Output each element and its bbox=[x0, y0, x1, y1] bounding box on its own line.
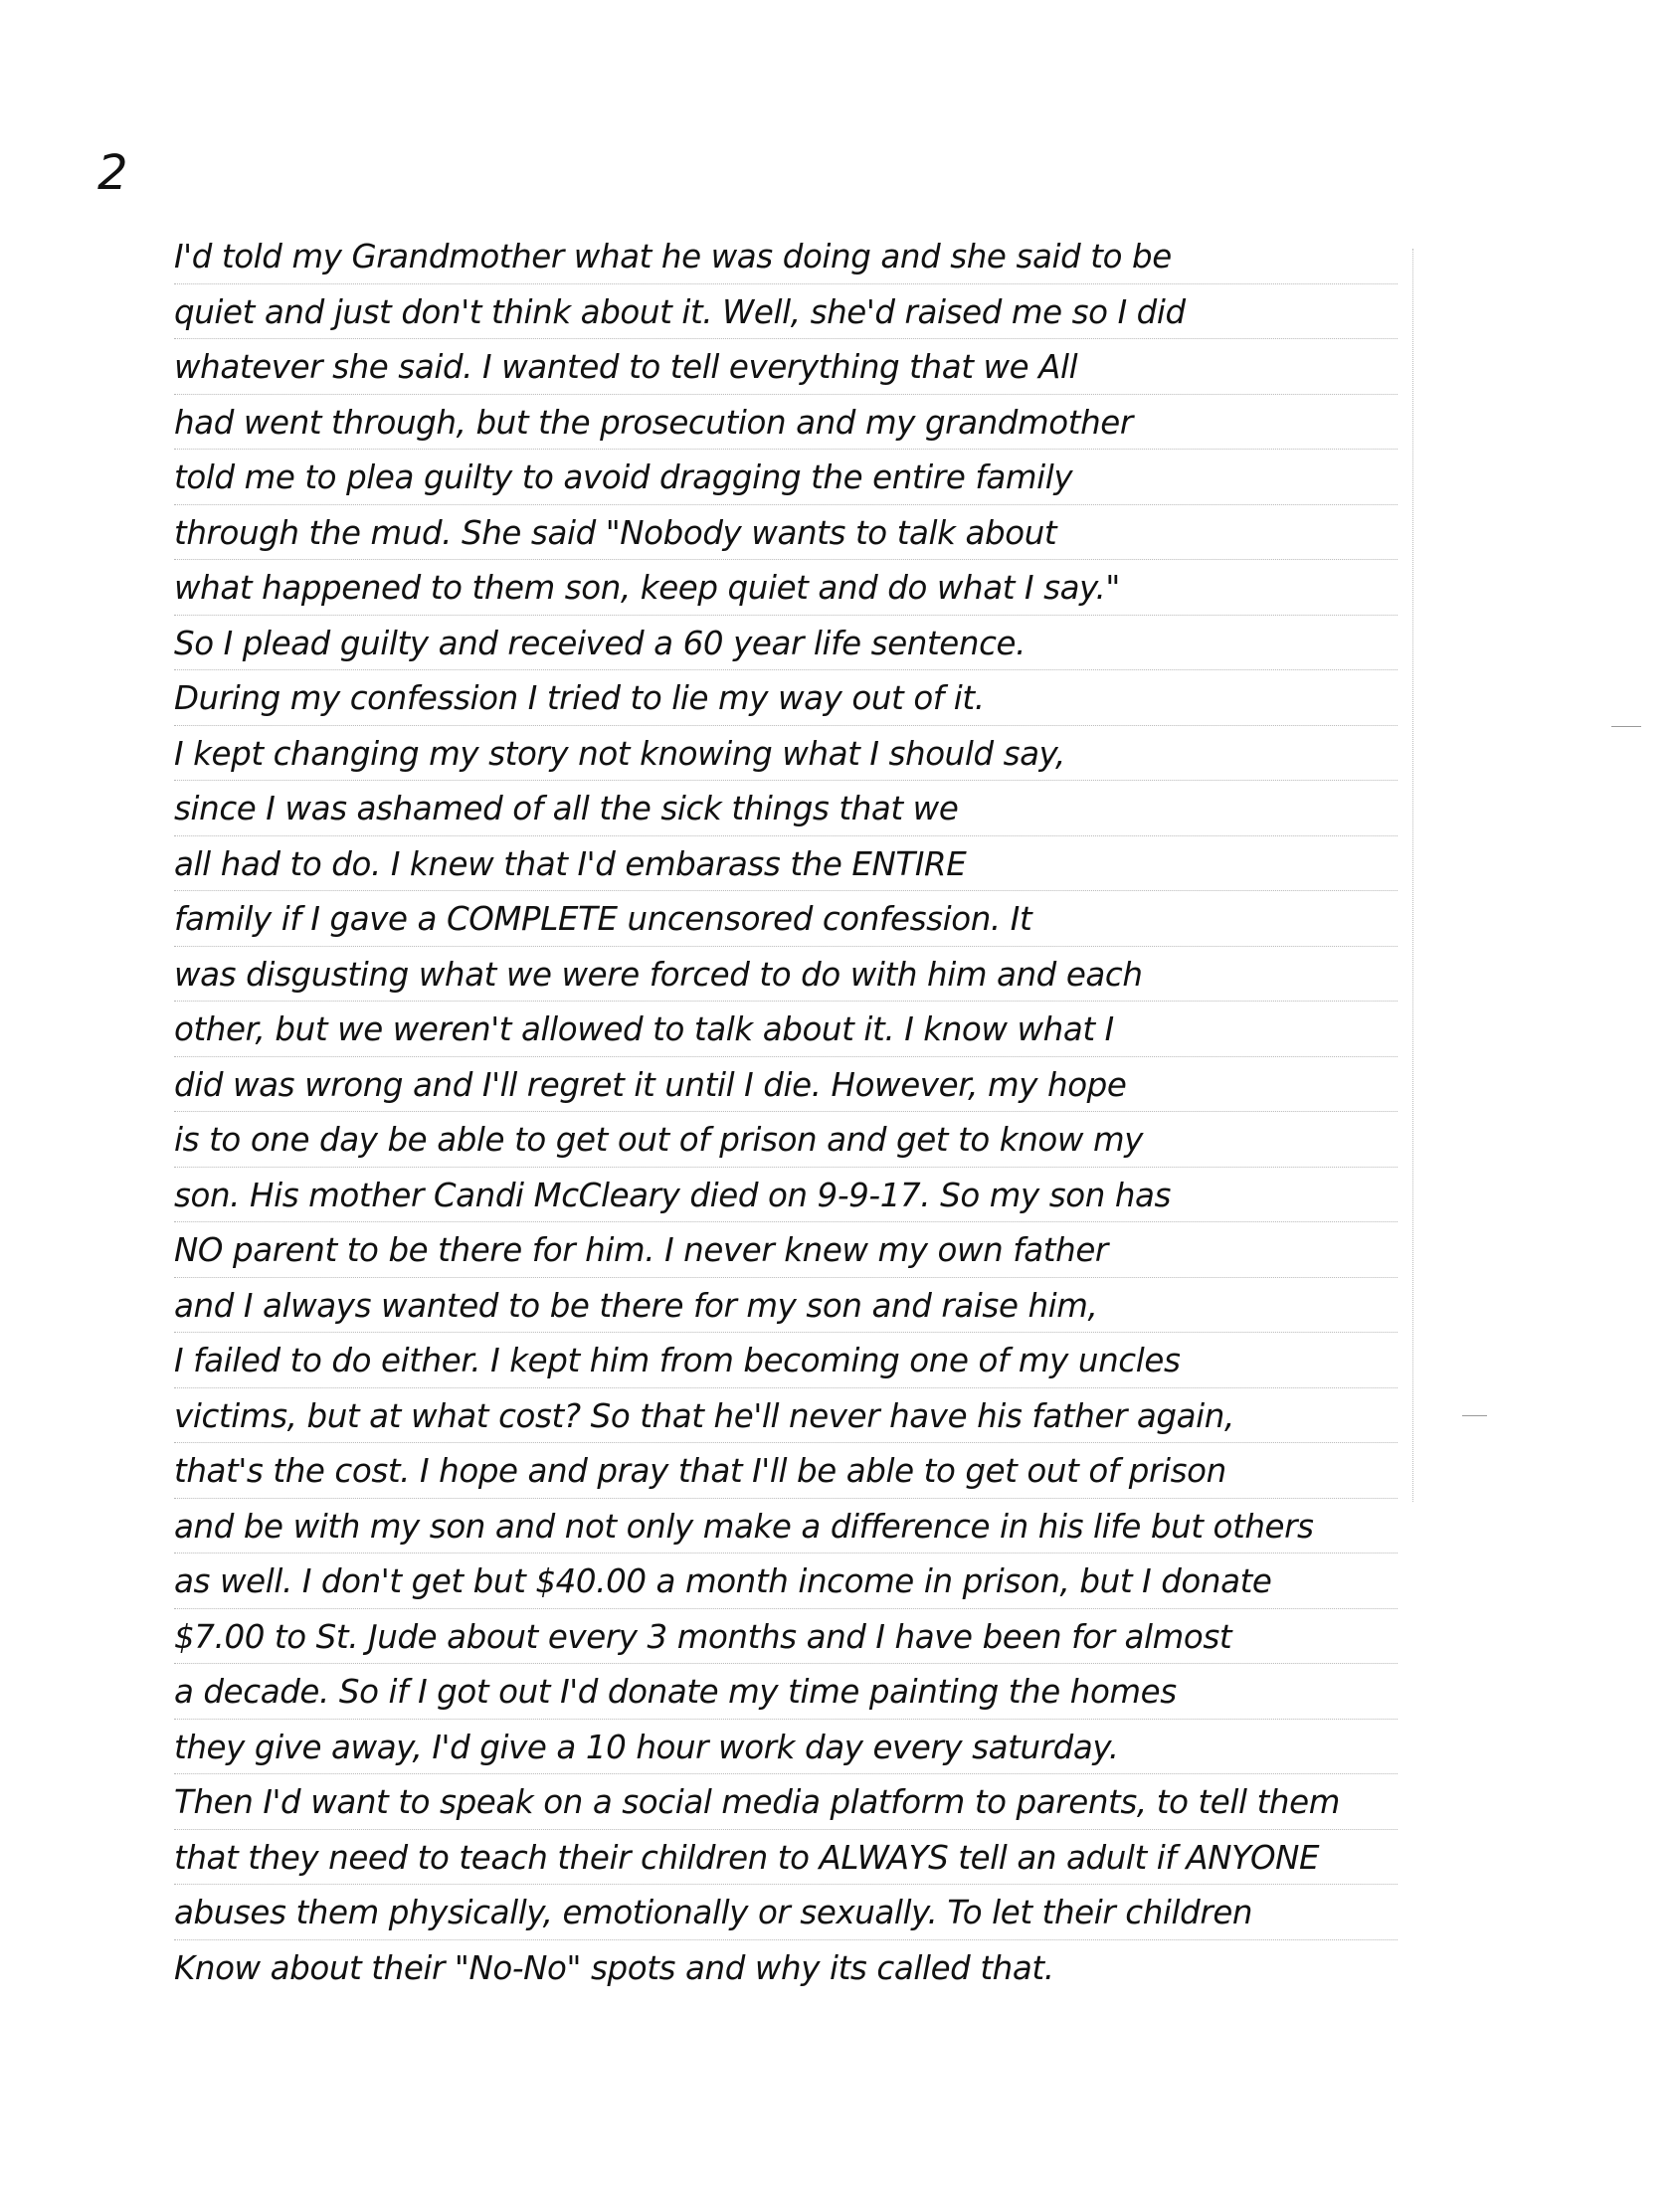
letter-line: other, but we weren't allowed to talk ab… bbox=[174, 1002, 1398, 1057]
letter-line: I failed to do either. I kept him from b… bbox=[174, 1333, 1398, 1388]
letter-line: was disgusting what we were forced to do… bbox=[174, 947, 1398, 1003]
letter-line: as well. I don't get but $40.00 a month … bbox=[174, 1554, 1398, 1609]
page-number: 2 bbox=[97, 149, 128, 197]
handwritten-letter-page: 2 I'd told my Grandmother what he was do… bbox=[0, 0, 1680, 2194]
letter-line: and I always wanted to be there for my s… bbox=[174, 1278, 1398, 1334]
letter-line: that they need to teach their children t… bbox=[174, 1830, 1398, 1886]
letter-line: family if I gave a COMPLETE uncensored c… bbox=[174, 891, 1398, 947]
letter-line: they give away, I'd give a 10 hour work … bbox=[174, 1720, 1398, 1775]
letter-line: Then I'd want to speak on a social media… bbox=[174, 1774, 1398, 1830]
letter-line: whatever she said. I wanted to tell ever… bbox=[174, 339, 1398, 395]
letter-line: a decade. So if I got out I'd donate my … bbox=[174, 1664, 1398, 1720]
letter-line: So I plead guilty and received a 60 year… bbox=[174, 616, 1398, 671]
letter-line: NO parent to be there for him. I never k… bbox=[174, 1222, 1398, 1278]
letter-body: I'd told my Grandmother what he was doin… bbox=[174, 229, 1417, 1995]
letter-line: I kept changing my story not knowing wha… bbox=[174, 726, 1398, 782]
letter-line: since I was ashamed of all the sick thin… bbox=[174, 781, 1398, 836]
letter-line: told me to plea guilty to avoid dragging… bbox=[174, 450, 1398, 505]
letter-line: victims, but at what cost? So that he'll… bbox=[174, 1388, 1398, 1444]
letter-line: Know about their "No-No" spots and why i… bbox=[174, 1940, 1398, 1996]
stray-mark bbox=[1611, 726, 1641, 727]
letter-line: During my confession I tried to lie my w… bbox=[174, 670, 1398, 726]
letter-line: had went through, but the prosecution an… bbox=[174, 395, 1398, 451]
stray-mark bbox=[1462, 1415, 1487, 1416]
letter-line: what happened to them son, keep quiet an… bbox=[174, 560, 1398, 616]
letter-line: is to one day be able to get out of pris… bbox=[174, 1112, 1398, 1168]
letter-line: abuses them physically, emotionally or s… bbox=[174, 1885, 1398, 1940]
letter-line: all had to do. I knew that I'd embarass … bbox=[174, 836, 1398, 892]
letter-line: did was wrong and I'll regret it until I… bbox=[174, 1057, 1398, 1113]
letter-line: son. His mother Candi McCleary died on 9… bbox=[174, 1168, 1398, 1223]
letter-line: and be with my son and not only make a d… bbox=[174, 1499, 1398, 1554]
letter-line: that's the cost. I hope and pray that I'… bbox=[174, 1443, 1398, 1499]
letter-line: $7.00 to St. Jude about every 3 months a… bbox=[174, 1609, 1398, 1665]
letter-line: through the mud. She said "Nobody wants … bbox=[174, 505, 1398, 561]
letter-line: I'd told my Grandmother what he was doin… bbox=[174, 229, 1398, 284]
letter-line: quiet and just don't think about it. Wel… bbox=[174, 284, 1398, 340]
